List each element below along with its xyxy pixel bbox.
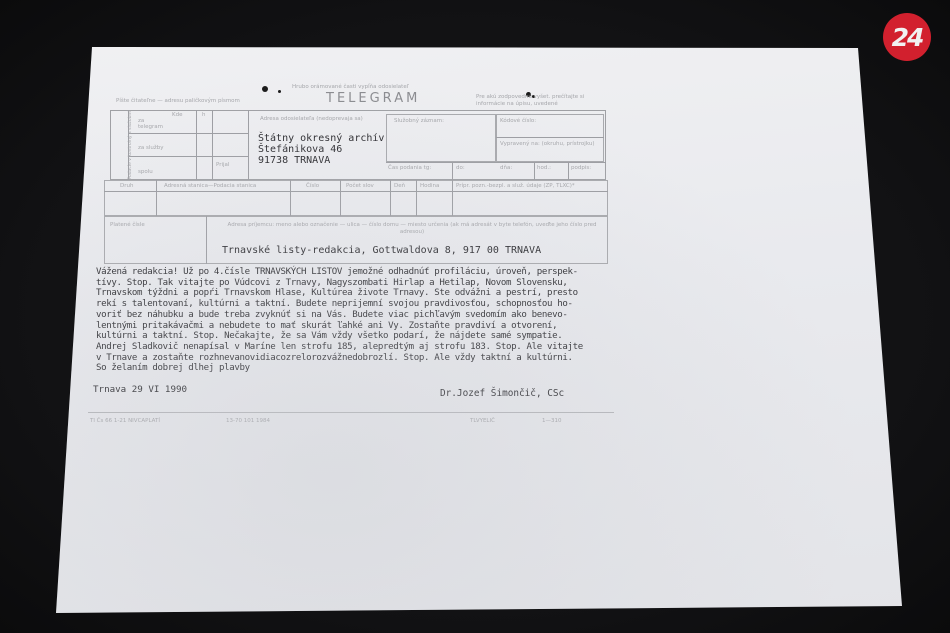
- place-date: Trnava 29 VI 1990: [93, 384, 187, 395]
- message-line: lentnými pritakávačmi a nebudete to mať …: [96, 321, 583, 332]
- service-record-box: [386, 114, 496, 162]
- message-line: So želaním dobrej dlhej plavby: [96, 363, 583, 374]
- addressee-box: [104, 216, 608, 264]
- top-table: [110, 110, 606, 180]
- message-line: kultúrni a taktní. Stop. Nečakajte, že s…: [96, 331, 583, 342]
- telegram-document: Hrubo orámované časti vypĺňa odosielateľ…: [0, 0, 950, 633]
- message-body: Vážená redakcia! Už po 4.čísle TRNAVSKÝC…: [96, 267, 583, 374]
- sender-name: Štátny okresný archív: [258, 133, 384, 144]
- message-line: rekí s talentovaní, kultúrni a taktní. B…: [96, 299, 583, 310]
- form-title: TELEGRAM: [326, 91, 420, 106]
- ink-spot: [532, 95, 535, 98]
- addressee-instructions: Adresa príjemcu: meno alebo označenie — …: [222, 222, 602, 235]
- ink-spot: [262, 86, 268, 92]
- sender-label: Adresa odosielateľa (nedoprevaja sa): [260, 116, 370, 123]
- message-line: Vážená redakcia! Už po 4.čísle TRNAVSKÝC…: [96, 267, 583, 278]
- recipient-address: Trnavské listy-redakcia, Gottwaldova 8, …: [222, 245, 541, 256]
- sender-street: Štefánikova 46: [258, 144, 342, 155]
- message-line: Andrej Sladkovič nenapísal v Maríne len …: [96, 342, 583, 353]
- message-line: v Trnave a zostaňte rozhnevanovidiacozre…: [96, 353, 583, 364]
- ink-spot: [526, 92, 531, 97]
- sender-city: 91738 TRNAVA: [258, 155, 330, 166]
- left-note: Píšte čitateľne — adresu paličkovým písm…: [116, 98, 240, 105]
- routing-table: [104, 180, 608, 216]
- header-note: Hrubo orámované časti vypĺňa odosielateľ: [292, 84, 409, 91]
- side-label: Podacie v kontrolný a služobné: [128, 110, 133, 180]
- right-note: Pre akú zodpovednú vyšet. prečítajte si …: [476, 94, 611, 107]
- message-line: Trnavskom týždni a popŕi Trnavskom Hlase…: [96, 288, 583, 299]
- news-logo-24-icon[interactable]: 24: [883, 13, 931, 61]
- message-line: voriť bez náhubku a bude treba zvyknúť s…: [96, 310, 583, 321]
- signature: Dr.Jozef Šimončič, CSc: [440, 388, 564, 399]
- message-line: tívy. Stop. Tak vitajte po Vúdcovi z Trn…: [96, 278, 583, 289]
- ink-spot: [278, 90, 281, 93]
